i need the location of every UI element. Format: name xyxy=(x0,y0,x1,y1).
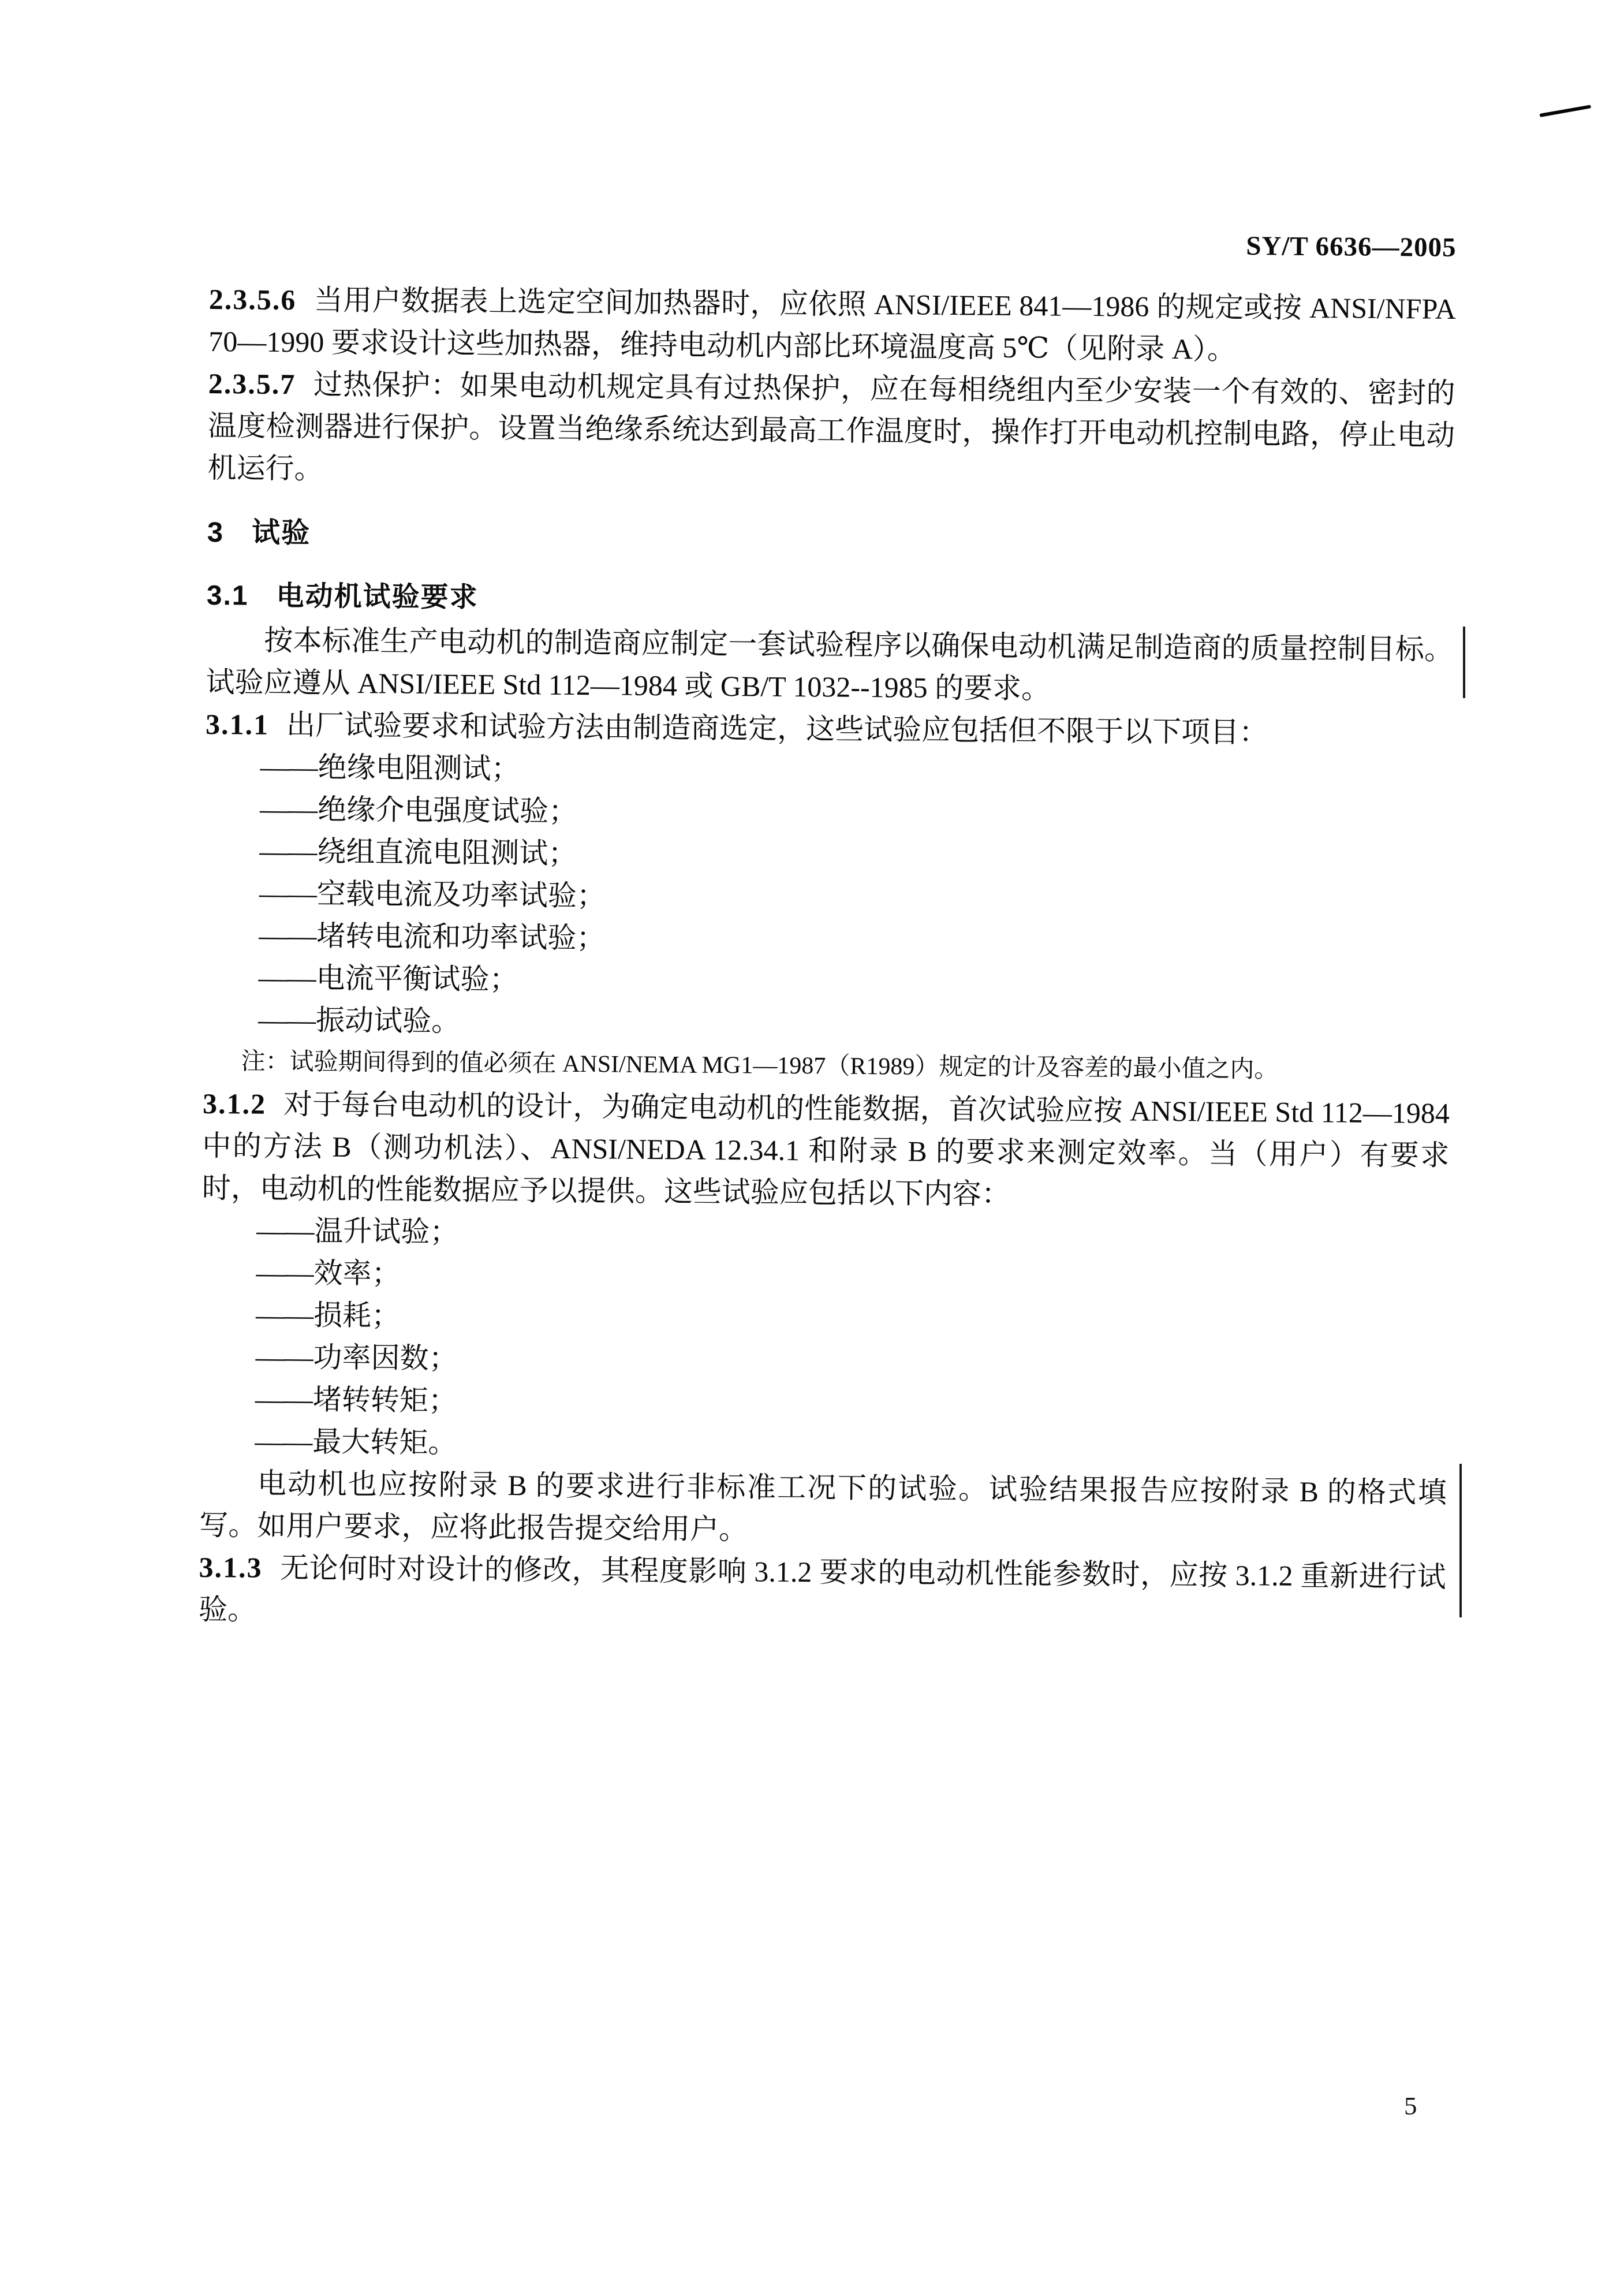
performance-test-item-list: ——温升试验； ——效率； ——损耗； ——功率因数； ——堵转转矩； ——最大… xyxy=(200,1209,1448,1472)
revision-bar xyxy=(1463,627,1465,698)
document-page: SY/T 6636—2005 2.3.5.6当用户数据表上选定空间加热器时，应依… xyxy=(0,0,1624,2278)
page-number: 5 xyxy=(1404,2091,1417,2120)
clause-3-1-2: 3.1.2对于每台电动机的设计，为确定电动机的性能数据，首次试验应按 ANSI/… xyxy=(202,1083,1450,1219)
clause-body: 对于每台电动机的设计，为确定电动机的性能数据，首次试验应按 ANSI/IEEE … xyxy=(202,1088,1450,1210)
clause-number: 3.1.1 xyxy=(206,708,269,741)
chapter-3-heading: 3试验 xyxy=(207,515,1454,560)
factory-test-item-list: ——绝缘电阻测试； ——绝缘介电强度试验； ——绕组直流电阻测试； ——空载电流… xyxy=(203,745,1453,1050)
standard-code-header: SY/T 6636—2005 xyxy=(210,222,1457,264)
clause-3-1-3: 3.1.3无论何时对设计的修改，其程度影响 3.1.2 要求的电动机性能参数时，… xyxy=(199,1546,1446,1641)
section-3-1-heading: 3.1电动机试验要求 xyxy=(207,579,1454,623)
clause-number: 2.3.5.6 xyxy=(209,283,297,316)
clause-number: 2.3.5.7 xyxy=(208,367,296,400)
clause-number: 3.1.2 xyxy=(203,1087,266,1120)
chapter-number: 3 xyxy=(207,517,225,548)
clause-body: 过热保护：如果电动机规定具有过热保护，应在每相绕组内至少安装一个有效的、密封的温… xyxy=(207,368,1455,484)
clause-body: 当用户数据表上选定空间加热器时，应依照 ANSI/IEEE 841—1986 的… xyxy=(208,284,1456,366)
clause-body: 出厂试验要求和试验方法由制造商选定，这些试验应包括但不限于以下项目： xyxy=(286,709,1268,748)
pen-stroke-mark xyxy=(1539,105,1591,117)
clause-3-1-2-closing: 电动机也应按附录 B 的要求进行非标准工况下的试验。试验结果报告应按附录 B 的… xyxy=(199,1462,1447,1556)
page-content: SY/T 6636—2005 2.3.5.6当用户数据表上选定空间加热器时，应依… xyxy=(199,222,1457,1641)
clause-body: 无论何时对设计的修改，其程度影响 3.1.2 要求的电动机性能参数时，应按 3.… xyxy=(199,1552,1446,1626)
clause-2-3-5-7: 2.3.5.7过热保护：如果电动机规定具有过热保护，应在每相绕组内至少安装一个有… xyxy=(207,363,1455,499)
revision-bar xyxy=(1459,1464,1462,1617)
section-number: 3.1 xyxy=(207,580,249,612)
section-title: 电动机试验要求 xyxy=(276,581,478,613)
clause-2-3-5-6: 2.3.5.6当用户数据表上选定空间加热器时，应依照 ANSI/IEEE 841… xyxy=(208,278,1456,372)
clause-number: 3.1.3 xyxy=(199,1551,262,1584)
section-3-1-intro: 按本标准生产电动机的制造商应制定一套试验程序以确保电动机满足制造商的质量控制目标… xyxy=(206,619,1453,713)
chapter-title: 试验 xyxy=(252,517,311,549)
